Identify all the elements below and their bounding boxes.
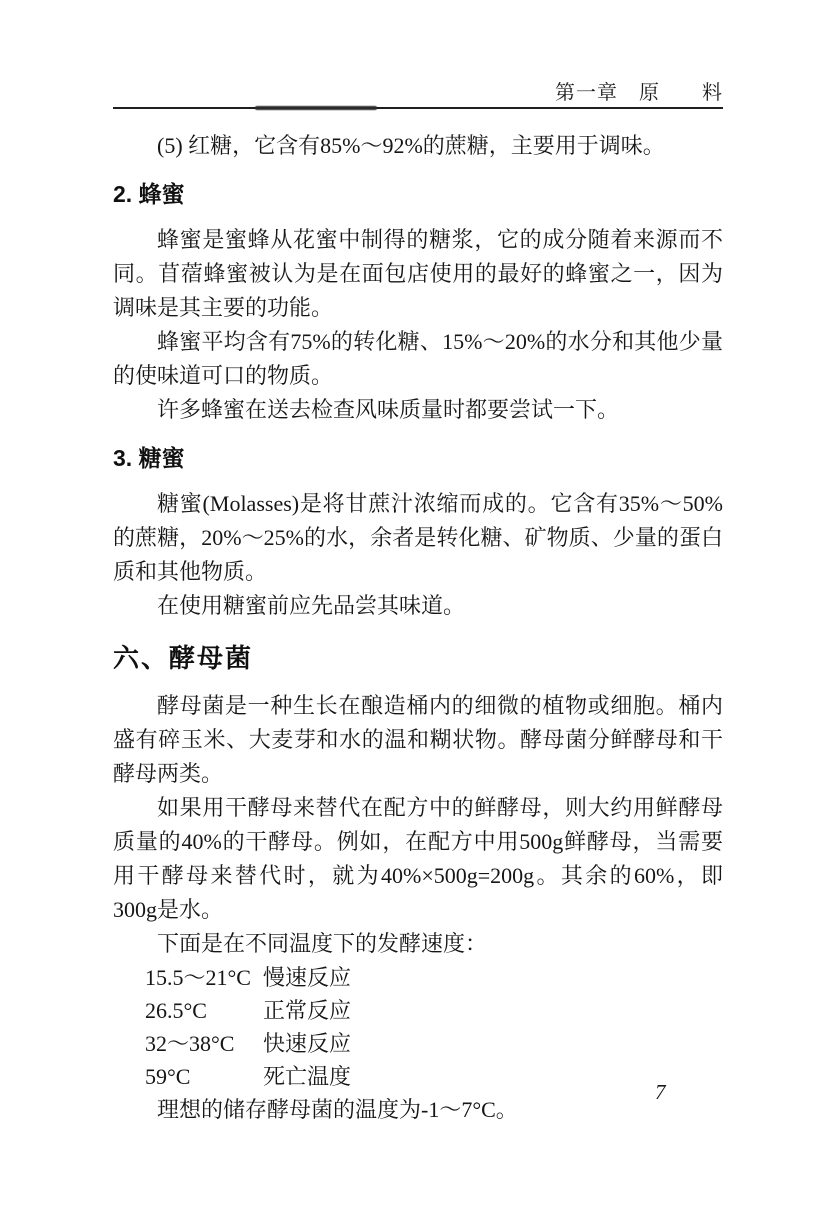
heading-molasses: 3. 糖蜜 (113, 443, 723, 473)
heading-yeast: 六、酵母菌 (113, 641, 723, 675)
chapter-title: 第一章 原 料 (113, 83, 723, 103)
paragraph-honey-3: 许多蜂蜜在送去检查风味质量时都要尝试一下。 (113, 393, 723, 427)
reaction-label: 死亡温度 (263, 1060, 723, 1093)
reaction-label: 正常反应 (263, 994, 723, 1027)
paragraph-yeast-2: 如果用干酵母来替代在配方中的鲜酵母，则大约用鲜酵母质量的40%的干酵母。例如，在… (113, 791, 723, 927)
paragraph-honey-2: 蜂蜜平均含有75%的转化糖、15%～20%的水分和其他少量的使味道可口的物质。 (113, 325, 723, 393)
paragraph-brown-sugar: (5) 红糖，它含有85%～92%的蔗糖，主要用于调味。 (113, 129, 723, 163)
page-header: 第一章 原 料 (113, 83, 723, 109)
header-rule (113, 107, 723, 109)
scan-smudge (255, 106, 377, 110)
table-row: 59°C 死亡温度 (113, 1060, 723, 1093)
table-row: 26.5°C 正常反应 (113, 994, 723, 1027)
page-number: 7 (655, 1080, 666, 1105)
paragraph-yeast-storage: 理想的储存酵母菌的温度为-1～7°C。 (113, 1093, 723, 1127)
heading-honey: 2. 蜂蜜 (113, 179, 723, 209)
table-row: 15.5～21°C 慢速反应 (113, 961, 723, 994)
paragraph-yeast-1: 酵母菌是一种生长在酿造桶内的细微的植物或细胞。桶内盛有碎玉米、大麦芽和水的温和糊… (113, 689, 723, 791)
temperature-value: 59°C (145, 1060, 263, 1093)
temperature-value: 15.5～21°C (145, 961, 263, 994)
book-page: 第一章 原 料 (5) 红糖，它含有85%～92%的蔗糖，主要用于调味。 2. … (0, 0, 835, 1205)
paragraph-yeast-3: 下面是在不同温度下的发酵速度： (113, 927, 723, 961)
paragraph-molasses-1: 糖蜜(Molasses)是将甘蔗汁浓缩而成的。它含有35%～50%的蔗糖，20%… (113, 487, 723, 589)
reaction-label: 慢速反应 (263, 961, 723, 994)
reaction-label: 快速反应 (263, 1027, 723, 1060)
table-row: 32～38°C 快速反应 (113, 1027, 723, 1060)
paragraph-honey-1: 蜂蜜是蜜蜂从花蜜中制得的糖浆，它的成分随着来源而不同。苜蓿蜂蜜被认为是在面包店使… (113, 223, 723, 325)
text-block: 第一章 原 料 (5) 红糖，它含有85%～92%的蔗糖，主要用于调味。 2. … (113, 83, 723, 1127)
temperature-value: 32～38°C (145, 1027, 263, 1060)
temperature-value: 26.5°C (145, 994, 263, 1027)
fermentation-rate-table: 15.5～21°C 慢速反应 26.5°C 正常反应 32～38°C 快速反应 … (113, 961, 723, 1093)
paragraph-molasses-2: 在使用糖蜜前应先品尝其味道。 (113, 589, 723, 623)
